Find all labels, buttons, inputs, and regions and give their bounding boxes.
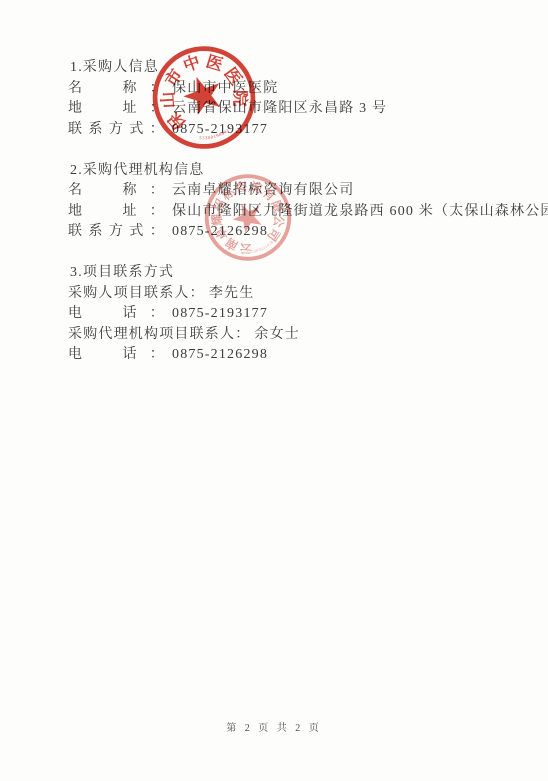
field-value: 李先生 (209, 286, 255, 301)
section-project-contacts: 3.项目联系方式 采购人项目联系人：李先生 电 话：0875-2193177 采… (68, 263, 528, 366)
field-value: 保山市中医医院 (172, 81, 278, 96)
field-label: 名 称： (68, 181, 165, 202)
section-purchaser-info: 1.采购人信息 名 称：保山市中医医院 地 址：云南省保山市隆阳区永昌路 3 号… (68, 58, 528, 140)
info-row-phone: 电 话：0875-2126298 (68, 345, 528, 366)
document-body: 1.采购人信息 名 称：保山市中医医院 地 址：云南省保山市隆阳区永昌路 3 号… (68, 58, 528, 366)
field-label: 采购人项目联系人： (68, 286, 205, 301)
field-label: 电 话： (68, 345, 165, 366)
section-agency-info: 2.采购代理机构信息 名 称：云南卓耀招标咨询有限公司 地 址：保山市隆阳区九隆… (68, 161, 528, 243)
field-label: 地 址： (68, 99, 165, 120)
field-value: 余女士 (254, 327, 300, 342)
page-number: 第 2 页 共 2 页 (0, 719, 548, 734)
info-row-contact: 联系方式：0875-2193177 (68, 120, 528, 141)
field-value: 云南省保山市隆阳区永昌路 3 号 (172, 101, 387, 116)
field-label: 联系方式： (68, 120, 165, 141)
field-label: 名 称： (68, 79, 165, 100)
field-label: 地 址： (68, 202, 165, 223)
info-row-address: 地 址：云南省保山市隆阳区永昌路 3 号 (68, 99, 528, 120)
info-row-address: 地 址：保山市隆阳区九隆街道龙泉路西 600 米（太保山森林公园） (68, 202, 528, 223)
field-value: 云南卓耀招标咨询有限公司 (172, 183, 354, 198)
section-heading: 2.采购代理机构信息 (70, 161, 528, 182)
field-label: 联系方式： (68, 222, 165, 243)
info-row-purchaser-contact: 采购人项目联系人：李先生 (68, 284, 528, 305)
field-label: 电 话： (68, 304, 165, 325)
field-value: 0875-2126298 (172, 224, 268, 239)
document-page: 1.采购人信息 名 称：保山市中医医院 地 址：云南省保山市隆阳区永昌路 3 号… (0, 0, 548, 781)
info-row-agency-contact: 采购代理机构项目联系人：余女士 (68, 325, 528, 346)
info-row-name: 名 称：云南卓耀招标咨询有限公司 (68, 181, 528, 202)
info-row-name: 名 称：保山市中医医院 (68, 79, 528, 100)
field-value: 0875-2193177 (172, 306, 268, 321)
field-value: 0875-2126298 (172, 347, 268, 362)
info-row-contact: 联系方式：0875-2126298 (68, 222, 528, 243)
field-value: 保山市隆阳区九隆街道龙泉路西 600 米（太保山森林公园） (172, 204, 548, 219)
info-row-phone: 电 话：0875-2193177 (68, 304, 528, 325)
section-heading: 1.采购人信息 (70, 58, 528, 79)
field-value: 0875-2193177 (172, 122, 268, 137)
section-heading: 3.项目联系方式 (70, 263, 528, 284)
field-label: 采购代理机构项目联系人： (68, 327, 250, 342)
